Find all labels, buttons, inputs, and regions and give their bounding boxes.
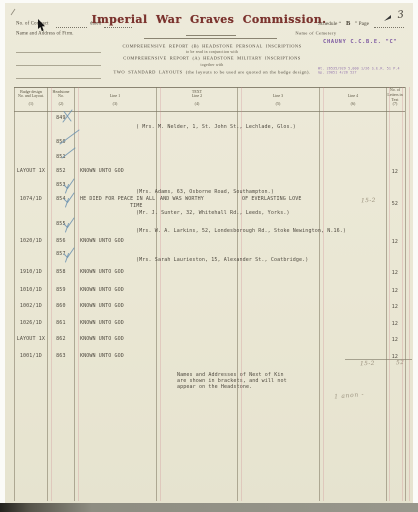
line3-cell: OF EVERLASTING LOVE: [242, 196, 302, 201]
line1-wrap-cell: TIME: [130, 203, 143, 208]
headstone-cell: 862: [39, 336, 83, 341]
headstone-cell: 860: [39, 303, 83, 308]
column-header-4: Line 2: [167, 94, 227, 98]
report-line-3: COMPREHENSIVE REPORT (A) HEADSTONE MILIT…: [100, 56, 324, 60]
table-top-border: [14, 87, 405, 88]
printer-imprint-line-1: Wt. 26535/929 5,000 1/26 S.E.R. 51 P.4: [318, 67, 400, 70]
ledger-pink-rule: [409, 87, 410, 501]
column-number-2: (2): [31, 102, 91, 106]
ledger-pink-rule: [402, 87, 403, 501]
schedule-label-suffix: ” Page: [355, 21, 369, 26]
column-number-7: (7): [365, 102, 418, 106]
pencil-check-mark: [384, 15, 392, 22]
ledger-pink-rule: [323, 87, 324, 501]
blue-check-mark: [63, 192, 75, 208]
contract-line: [56, 27, 87, 28]
handwritten-page-number: 3: [397, 10, 404, 21]
page-bottom-shadow: [0, 503, 418, 512]
column-header-7: Letters in: [365, 93, 418, 97]
column-header-3: Line 1: [85, 94, 145, 98]
schedule-letter: B: [346, 20, 350, 27]
headstone-cell: 857: [39, 251, 83, 256]
table-column-rule: [319, 87, 320, 501]
letters-cell: 12: [373, 288, 417, 293]
letters-cell: 52: [373, 201, 417, 206]
report-line-2: to be read in conjunction with: [118, 50, 306, 54]
line1-cell: KNOWN UNTO GOD: [80, 238, 124, 243]
column-header-2: No.: [31, 94, 91, 98]
blue-check-mark: [62, 147, 76, 159]
headstone-cell: 854: [39, 196, 83, 201]
ledger-pink-rule: [78, 87, 79, 501]
firm-line-1: [16, 52, 101, 53]
footnote-line-1: Names and Addresses of Next of Kin: [177, 372, 284, 377]
letters-cell: 12: [373, 239, 417, 244]
line1-cell: KNOWN UNTO GOD: [80, 287, 124, 292]
next-of-kin-note: (Mr. J. Sunter, 32, Whitehall Rd., Leeds…: [136, 210, 290, 215]
headstone-cell: 859: [39, 287, 83, 292]
line1-cell: HE DIED FOR PEACE IN ALL: [80, 196, 155, 201]
table-column-rule: [156, 87, 157, 501]
ledger-pink-rule: [241, 87, 242, 501]
cemetery-label: Name of Cemetery: [260, 31, 372, 35]
line1-cell: KNOWN UNTO GOD: [80, 303, 124, 308]
totals-letters-pencil: 52: [396, 360, 404, 366]
letters-cell: 12: [373, 304, 417, 309]
column-number-3: (3): [85, 102, 145, 106]
line1-cell: KNOWN UNTO GOD: [80, 336, 124, 341]
line1-cell: KNOWN UNTO GOD: [80, 353, 124, 358]
headstone-cell: 853: [39, 182, 83, 187]
line1-cell: KNOWN UNTO GOD: [80, 320, 124, 325]
headstone-cell: 858: [39, 269, 83, 274]
title-underline-short: [186, 35, 236, 36]
next-of-kin-note: ( Mrs. M. Nelder, 1, St. John St., Lechl…: [136, 124, 296, 129]
headstone-cell: 852: [39, 168, 83, 173]
firm-line-2: [16, 65, 101, 66]
cemetery-name-stamp: CHAUNY C.C.B.E. "C": [310, 39, 410, 44]
table-column-rule: [405, 87, 406, 501]
letters-cell: 12: [373, 270, 417, 275]
blue-check-mark: [61, 108, 74, 124]
next-of-kin-note: (Mrs. W. A. Larkins, 52, Londesborough R…: [136, 228, 346, 233]
column-header-5: Line 3: [248, 94, 308, 98]
headstone-cell: 863: [39, 353, 83, 358]
line2-cell: AND WAS WORTHY: [160, 196, 204, 201]
table-column-rule: [14, 87, 15, 501]
ledger-pink-rule: [160, 87, 161, 501]
title-underline-long: [144, 38, 277, 39]
printer-imprint-line-2: Gp. 29051 4/26 527: [318, 71, 357, 74]
report-line-1: COMPREHENSIVE REPORT (B) HEADSTONE PERSO…: [100, 44, 324, 48]
column-number-4: (4): [167, 102, 227, 106]
line1-cell: KNOWN UNTO GOD: [80, 168, 124, 173]
firm-line-3: [16, 78, 101, 79]
letters-cell: 12: [373, 337, 417, 342]
letters-cell: 12: [373, 354, 417, 359]
next-of-kin-note: (Mrs. Sarah Laurieston, 15, Alexander St…: [136, 257, 308, 262]
column-header-7: No. of: [365, 88, 418, 92]
ledger-pink-rule: [389, 87, 390, 501]
headstone-cell: 856: [39, 238, 83, 243]
table-column-rule: [47, 87, 48, 501]
firm-label: Name and Address of Firm.: [16, 31, 74, 36]
table-column-rule: [237, 87, 238, 501]
report-line-4: together with: [118, 63, 306, 67]
line1-cell: KNOWN UNTO GOD: [80, 269, 124, 274]
totals-line4-pencil: 15-2: [360, 360, 375, 366]
schedule-label-prefix: Schedule “: [318, 21, 341, 26]
column-number-5: (5): [248, 102, 308, 106]
report-line-5: TWO STANDARD LAYOUTS (the layouts to be …: [100, 70, 324, 74]
headstone-cell: 855: [39, 221, 83, 226]
scanned-form-page: No. of Contract dated Name and Address o…: [0, 0, 418, 512]
blue-check-mark: [63, 217, 75, 233]
table-column-rule: [386, 87, 387, 501]
page-number-line: [374, 27, 404, 28]
dated-line: [104, 27, 132, 28]
letters-cell: 12: [373, 321, 417, 326]
blue-check-mark: [60, 129, 80, 145]
letters-cell: 12: [373, 169, 417, 174]
ledger-pink-rule: [51, 87, 52, 501]
next-of-kin-note: (Mrs. Adams, 63, Osborne Road, Southampt…: [136, 189, 274, 194]
blue-check-mark: [63, 247, 75, 263]
footnote-line-2: are shown in brackets, and will not: [177, 378, 287, 383]
headstone-cell: 861: [39, 320, 83, 325]
